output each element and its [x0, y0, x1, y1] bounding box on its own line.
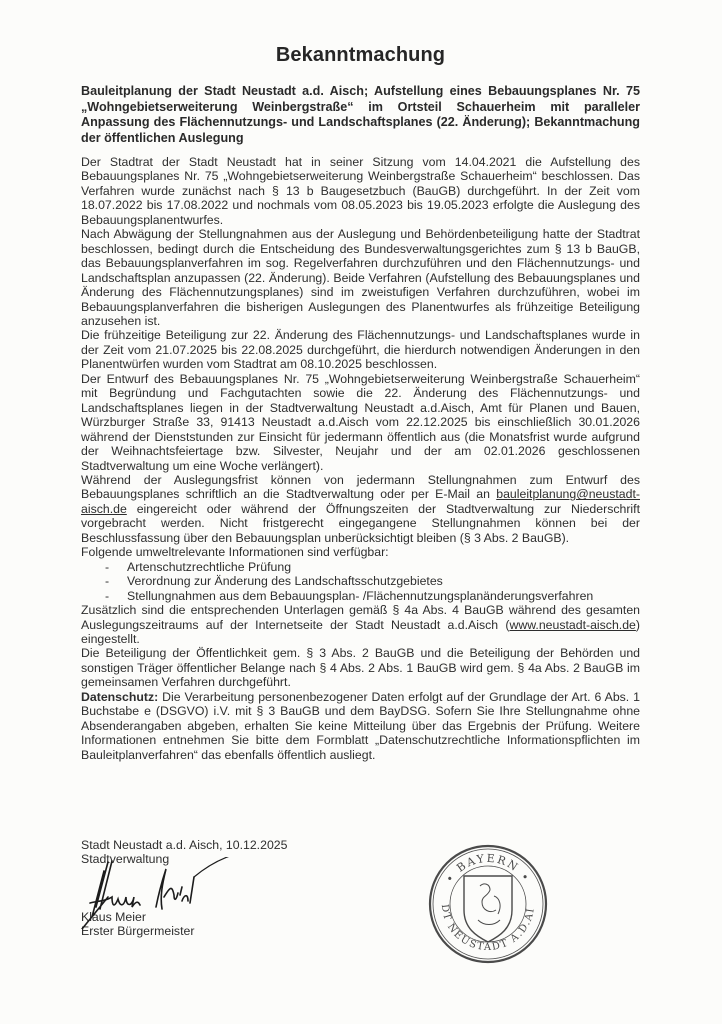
list-item: -Verordnung zur Änderung des Landschafts…: [81, 574, 640, 588]
paragraph-participation: Die Beteiligung der Öffentlichkeit gem. …: [81, 646, 640, 689]
document-body: Der Stadtrat der Stadt Neustadt hat in s…: [81, 155, 640, 762]
list-item: -Artenschutzrechtliche Prüfung: [81, 560, 640, 574]
list-dash: -: [105, 574, 109, 588]
signer-name: Klaus Meier: [81, 910, 287, 924]
env-info-intro: Folgende umweltrelevante Informationen s…: [81, 545, 640, 559]
paragraph-online: Zusätzlich sind die entsprechenden Unter…: [81, 603, 640, 646]
paragraph-resolution: Der Stadtrat der Stadt Neustadt hat in s…: [81, 155, 640, 227]
signer-role: Erster Bürgermeister: [81, 924, 287, 938]
list-dash: -: [105, 560, 109, 574]
paragraph-early-participation: Die frühzeitige Beteiligung zur 22. Ände…: [81, 328, 640, 371]
document-subject: Bauleitplanung der Stadt Neustadt a.d. A…: [81, 84, 640, 146]
paragraph-privacy: Datenschutz: Die Verarbeitung personenbe…: [81, 690, 640, 762]
list-item-text: Artenschutzrechtliche Prüfung: [127, 560, 291, 574]
place-date: Stadt Neustadt a.d. Aisch, 10.12.2025: [81, 838, 287, 852]
page-title: Bekanntmachung: [81, 44, 640, 67]
privacy-text: Die Verarbeitung personenbezogener Daten…: [81, 690, 640, 762]
env-info-list: -Artenschutzrechtliche Prüfung -Verordnu…: [81, 560, 640, 603]
signature-block: Stadt Neustadt a.d. Aisch, 10.12.2025 St…: [81, 838, 287, 939]
list-dash: -: [105, 589, 109, 603]
svg-text:• BAYERN •: • BAYERN •: [443, 852, 533, 885]
website-link[interactable]: www.neustadt-aisch.de: [509, 618, 635, 632]
objections-text-after: eingereicht oder während der Öffnungszei…: [81, 502, 640, 545]
paragraph-objections: Während der Auslegungsfrist können von j…: [81, 473, 640, 545]
list-item-text: Verordnung zur Änderung des Landschaftss…: [127, 574, 443, 588]
list-item: -Stellungnahmen aus dem Bebauungsplan- /…: [81, 589, 640, 603]
privacy-label: Datenschutz:: [81, 690, 158, 704]
office-name: Stadtverwaltung: [81, 852, 287, 866]
official-seal-icon: • BAYERN • STADT NEUSTADT A.D.AISCH: [424, 840, 552, 968]
paragraph-procedure: Nach Abwägung der Stellungnahmen aus der…: [81, 227, 640, 328]
list-item-text: Stellungnahmen aus dem Bebauungsplan- /F…: [127, 589, 593, 603]
paragraph-public-display: Der Entwurf des Bebauungsplanes Nr. 75 „…: [81, 372, 640, 473]
